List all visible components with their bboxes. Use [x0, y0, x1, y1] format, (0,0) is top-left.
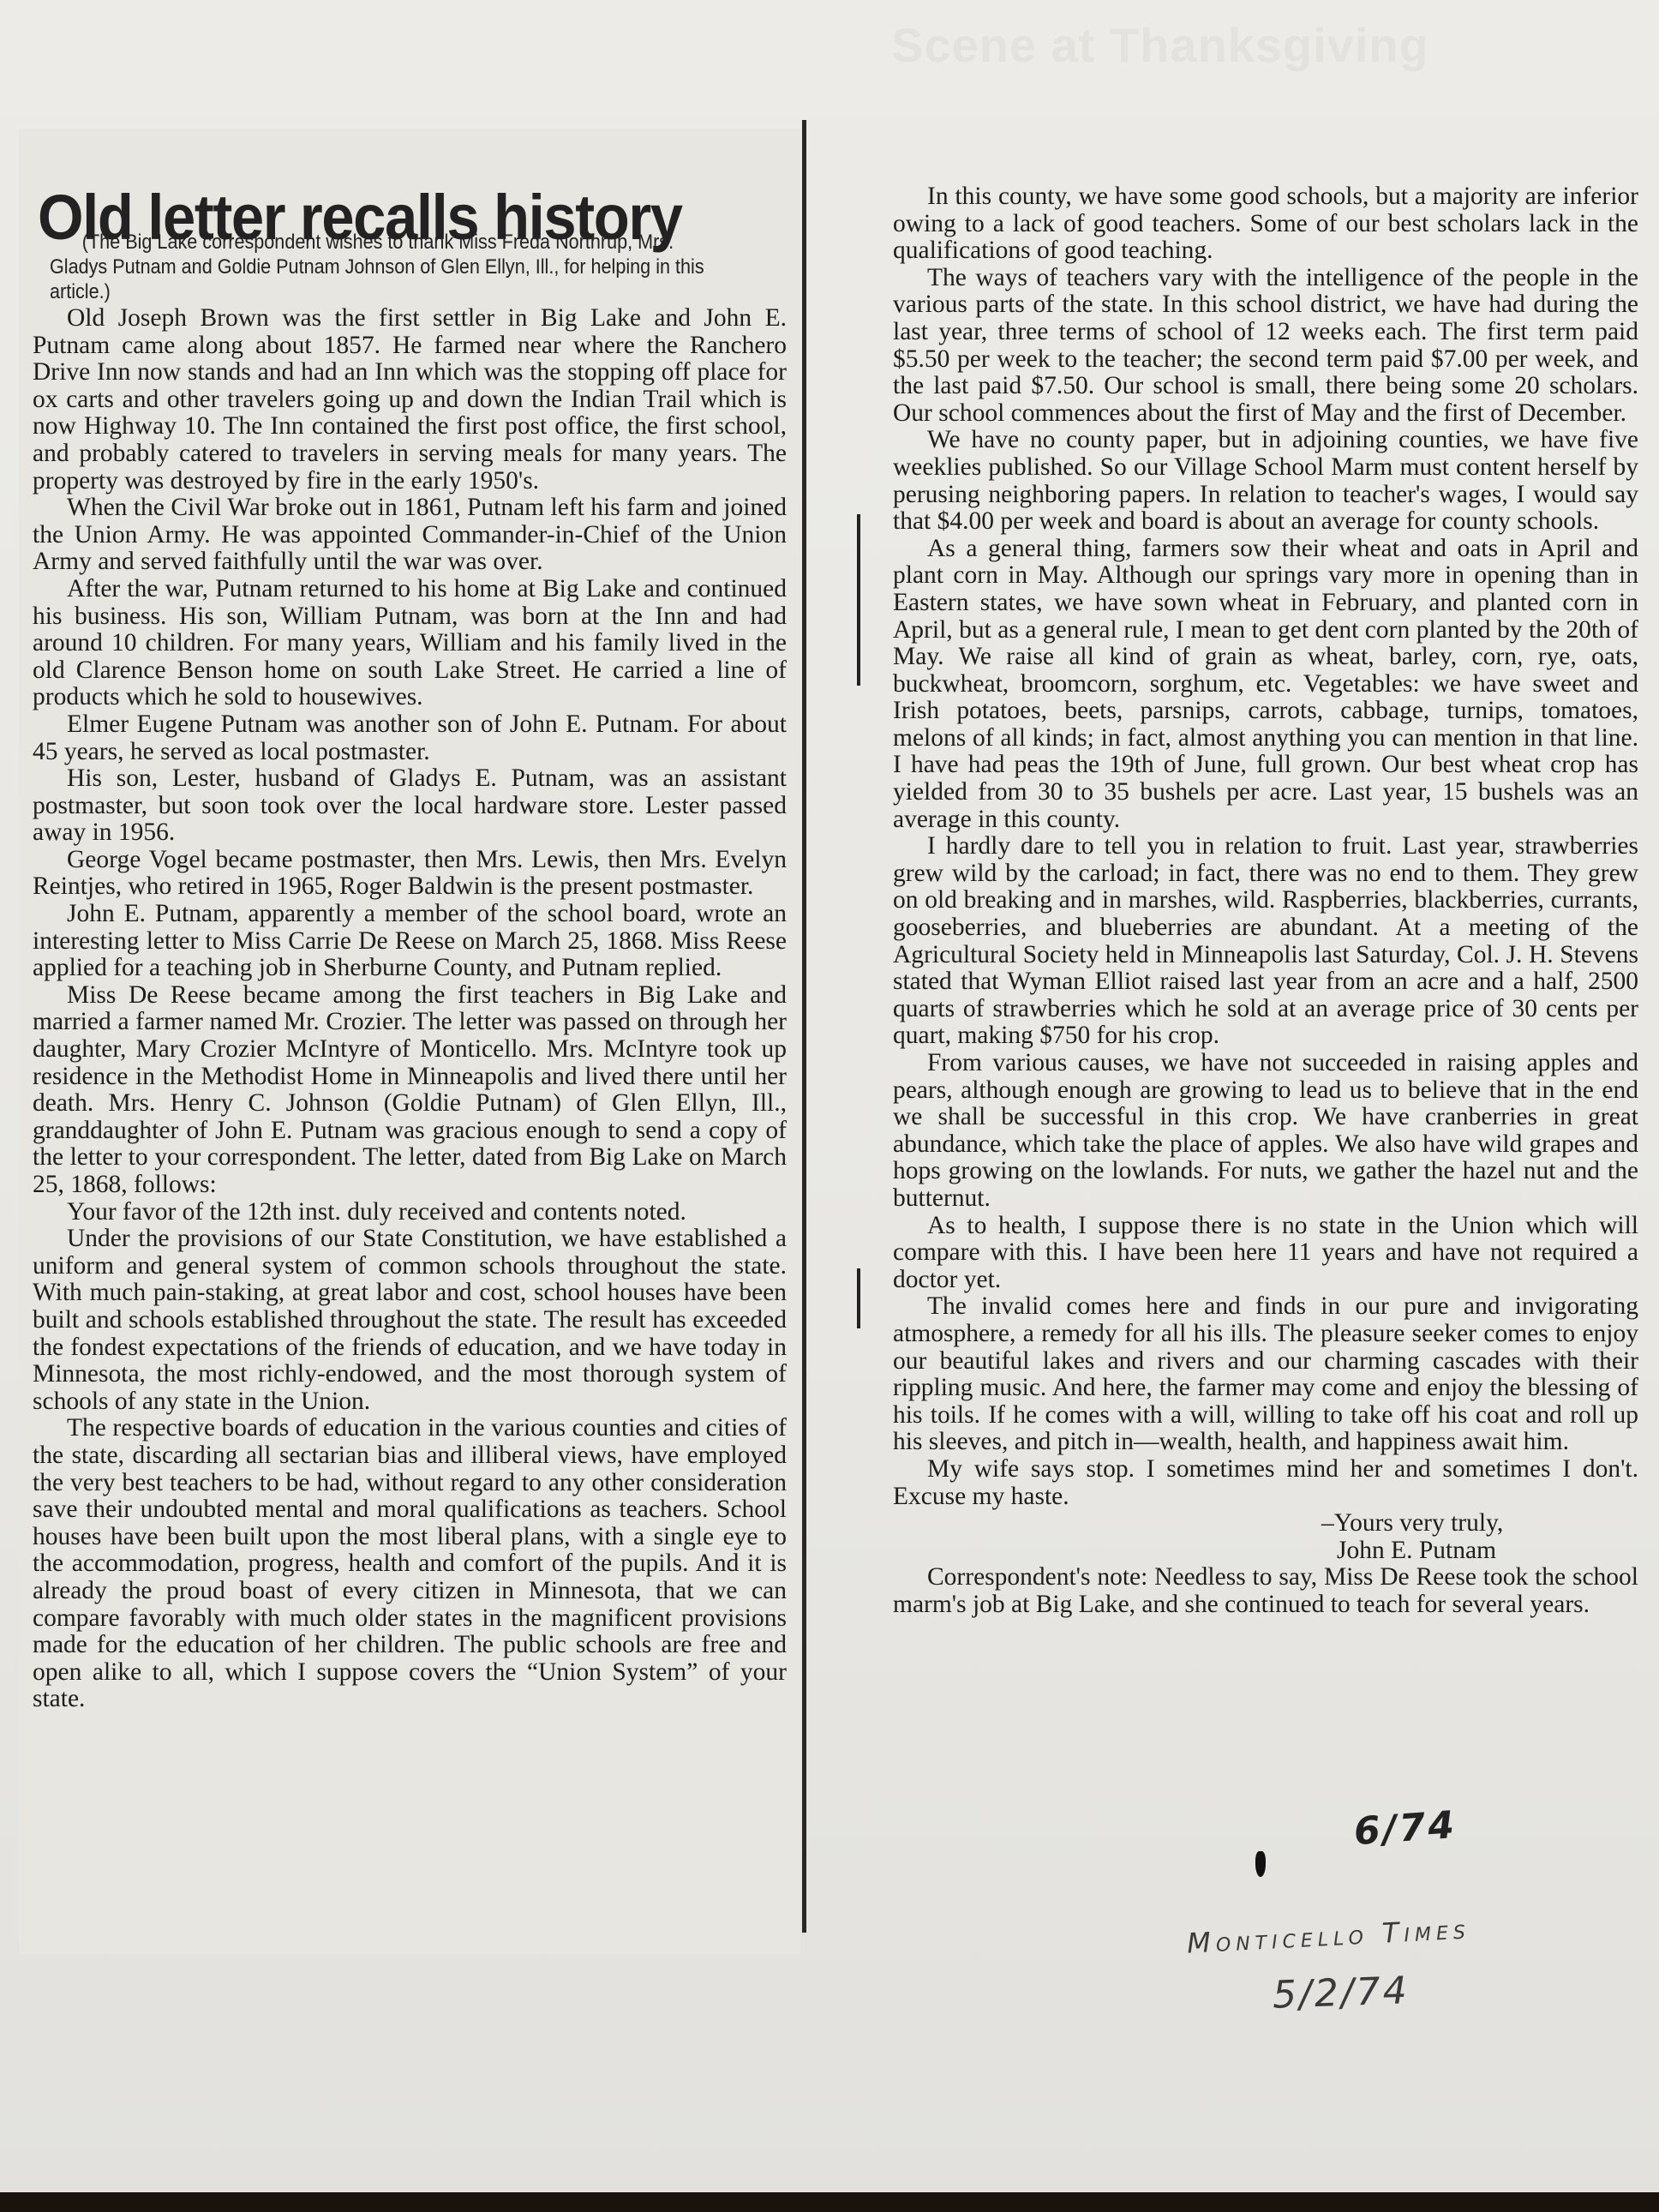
paragraph: From various causes, we have not succeed… — [893, 1050, 1638, 1213]
paragraph: Your favor of the 12th inst. duly receiv… — [33, 1199, 787, 1226]
paragraph: We have no county paper, but in adjoinin… — [893, 427, 1638, 535]
paragraph: As a general thing, farmers sow their wh… — [893, 536, 1638, 834]
ink-blot — [1255, 1851, 1266, 1877]
paragraph: Elmer Eugene Putnam was another son of J… — [33, 711, 787, 765]
table-surface — [0, 2192, 1659, 2212]
paragraph: I hardly dare to tell you in relation to… — [893, 833, 1638, 1050]
paragraph: George Vogel became postmaster, then Mrs… — [33, 847, 787, 901]
paragraph: The respective boards of education in th… — [33, 1415, 787, 1713]
handwritten-edition-mark: 6/74 — [1352, 1803, 1458, 1854]
paragraph: John E. Putnam, apparently a member of t… — [33, 901, 787, 982]
paragraph: Under the provisions of our State Consti… — [33, 1226, 787, 1415]
paragraph: His son, Lester, husband of Gladys E. Pu… — [33, 765, 787, 847]
left-column: Old Joseph Brown was the first settler i… — [33, 305, 787, 1713]
paragraph: The invalid comes here and finds in our … — [893, 1293, 1638, 1456]
paragraph: As to health, I suppose there is no stat… — [893, 1213, 1638, 1294]
margin-mark — [857, 1268, 860, 1328]
letter-signature: John E. Putnam — [893, 1538, 1638, 1565]
paragraph: After the war, Putnam returned to his ho… — [33, 576, 787, 711]
article-credit: (The Big Lake correspondent wishes to th… — [50, 230, 713, 304]
paragraph: Old Joseph Brown was the first settler i… — [33, 305, 787, 495]
handwritten-date: 5/2/74 — [1272, 1969, 1410, 2017]
right-column: In this county, we have some good school… — [893, 183, 1638, 1618]
column-rule — [802, 120, 806, 1933]
letter-closing: –Yours very truly, — [893, 1510, 1638, 1538]
paragraph: My wife says stop. I sometimes mind her … — [893, 1456, 1638, 1510]
paragraph: The ways of teachers vary with the intel… — [893, 265, 1638, 428]
credit-text: (The Big Lake correspondent wishes to th… — [50, 230, 713, 304]
right-column-paragraphs: In this county, we have some good school… — [893, 183, 1638, 1510]
paragraph: When the Civil War broke out in 1861, Pu… — [33, 495, 787, 576]
paragraph: Miss De Reese became among the first tea… — [33, 982, 787, 1199]
paragraph: In this county, we have some good school… — [893, 183, 1638, 265]
correspondent-note: Correspondent's note: Needless to say, M… — [893, 1564, 1638, 1618]
bleed-through-text: Scene at Thanksgiving — [891, 17, 1645, 73]
margin-mark — [857, 514, 860, 686]
